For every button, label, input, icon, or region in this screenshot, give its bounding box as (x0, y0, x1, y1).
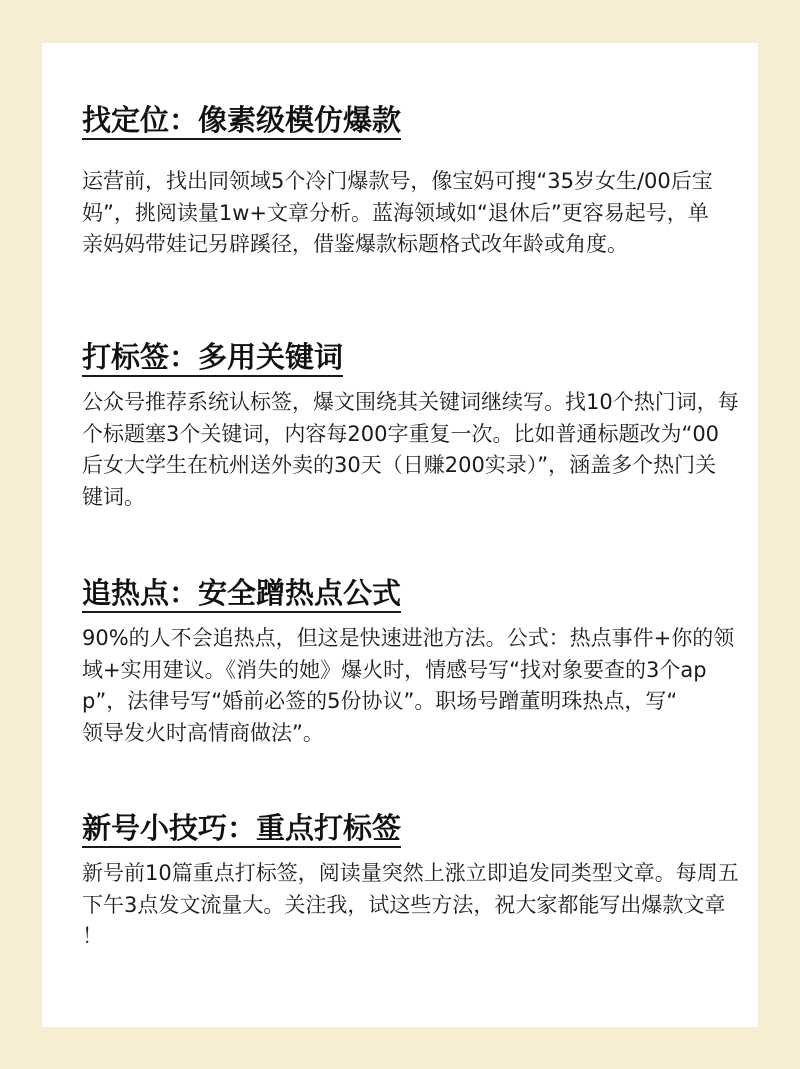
section-heading: 追热点：安全蹭热点公式 (82, 576, 401, 613)
body-line: p”，法律号写“婚前必签的5份协议”。职场号蹭董明珠热点，写“ (82, 686, 742, 718)
section-trending: 追热点：安全蹭热点公式 90%的人不会追热点，但这是快速进池方法。公式：热点事件… (82, 576, 742, 749)
section-body: 公众号推荐系统认标签，爆文围绕其关键词继续写。找10个热门词，每 个标题塞3个关… (82, 387, 742, 513)
body-line: 键词。 (82, 482, 742, 514)
body-line: 域+实用建议。《消失的她》爆火时，情感号写“找对象要查的3个ap (82, 655, 742, 687)
article-card: 找定位：像素级模仿爆款 运营前，找出同领域5个冷门爆款号，像宝妈可搜“35岁女生… (42, 43, 758, 1027)
body-line: 亲妈妈带娃记另辟蹊径，借鉴爆款标题格式改年龄或角度。 (82, 229, 742, 261)
body-line: 领导发火时高情商做法”。 (82, 718, 742, 750)
section-heading: 找定位：像素级模仿爆款 (82, 103, 401, 140)
section-body: 90%的人不会追热点，但这是快速进池方法。公式：热点事件+你的领 域+实用建议。… (82, 623, 742, 749)
body-line: 90%的人不会追热点，但这是快速进池方法。公式：热点事件+你的领 (82, 623, 742, 655)
section-body: 运营前，找出同领域5个冷门爆款号，像宝妈可搜“35岁女生/00后宝 妈”，挑阅读… (82, 166, 742, 261)
section-positioning: 找定位：像素级模仿爆款 运营前，找出同领域5个冷门爆款号，像宝妈可搜“35岁女生… (82, 103, 742, 261)
section-body: 新号前10篇重点打标签，阅读量突然上涨立即追发同类型文章。每周五 下午3点发文流… (82, 858, 742, 953)
body-line: 后女大学生在杭州送外卖的30天（日赚200实录）”，涵盖多个热门关 (82, 450, 742, 482)
section-heading: 打标签：多用关键词 (82, 340, 343, 377)
body-line: 公众号推荐系统认标签，爆文围绕其关键词继续写。找10个热门词，每 (82, 387, 742, 419)
section-tagging: 打标签：多用关键词 公众号推荐系统认标签，爆文围绕其关键词继续写。找10个热门词… (82, 340, 742, 513)
body-line: 妈”，挑阅读量1w+文章分析。蓝海领域如“退休后”更容易起号，单 (82, 198, 742, 230)
body-line: 新号前10篇重点打标签，阅读量突然上涨立即追发同类型文章。每周五 (82, 858, 742, 890)
body-line: 运营前，找出同领域5个冷门爆款号，像宝妈可搜“35岁女生/00后宝 (82, 166, 742, 198)
body-line: ！ (82, 921, 742, 953)
body-line: 下午3点发文流量大。关注我，试这些方法，祝大家都能写出爆款文章 (82, 890, 742, 922)
section-heading: 新号小技巧：重点打标签 (82, 811, 401, 848)
section-new-account-tips: 新号小技巧：重点打标签 新号前10篇重点打标签，阅读量突然上涨立即追发同类型文章… (82, 811, 742, 953)
body-line: 个标题塞3个关键词，内容每200字重复一次。比如普通标题改为“00 (82, 419, 742, 451)
